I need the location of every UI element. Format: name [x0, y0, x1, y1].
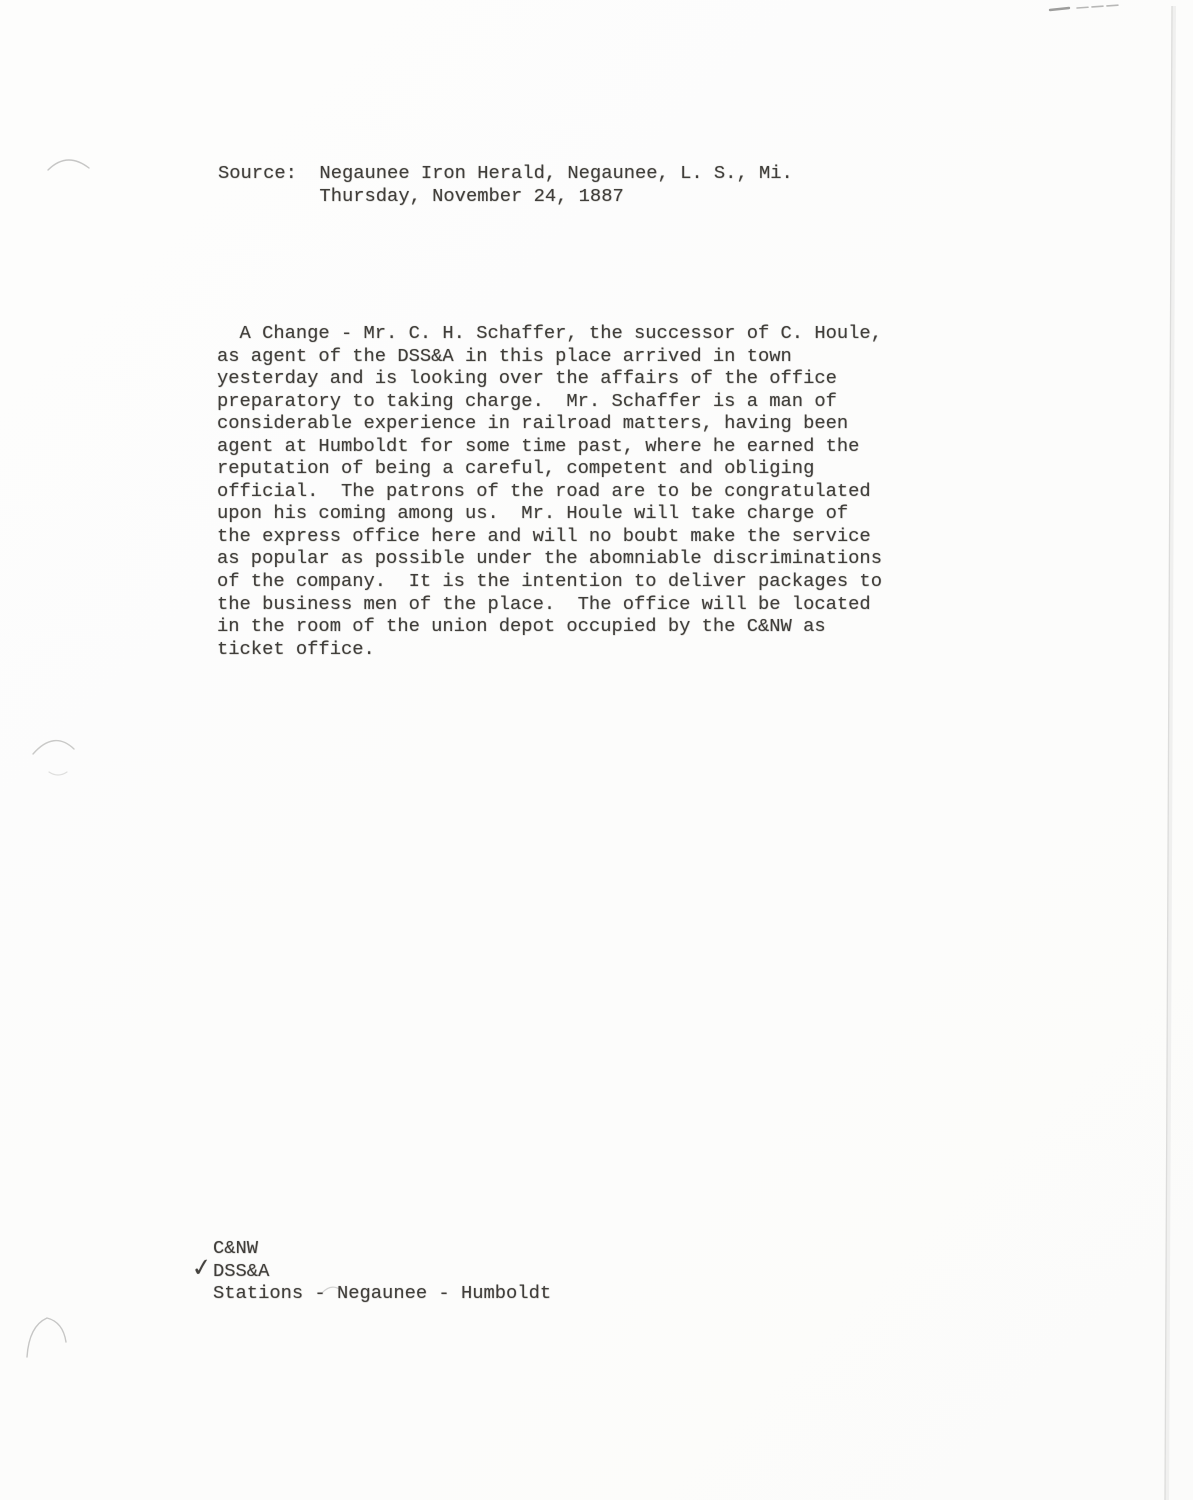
article-text: A Change - Mr. C. H. Schaffer, the succe…: [217, 322, 882, 660]
index-keywords: C&NW DSS&A Stations - Negaunee - Humbold…: [213, 1237, 551, 1305]
paper-edge-line: [1165, 6, 1172, 1500]
pencil-arc-top-left: [48, 160, 89, 170]
pencil-arc-bottom-left: [27, 1318, 66, 1357]
checkmark-annotation: ✓: [191, 1249, 212, 1286]
source-citation: Source: Negaunee Iron Herald, Negaunee, …: [218, 162, 793, 207]
paper-edge-shadow: [1167, 6, 1174, 1500]
pencil-dash-top-right-2: [1077, 5, 1121, 8]
pencil-arc-middle-left: [33, 741, 74, 754]
document-page: Source: Negaunee Iron Herald, Negaunee, …: [0, 0, 1193, 1500]
pencil-dash-top-right-1: [1050, 8, 1069, 10]
scan-artifacts-layer: [0, 0, 1193, 1500]
pencil-arc-middle-left-lower: [49, 772, 67, 775]
